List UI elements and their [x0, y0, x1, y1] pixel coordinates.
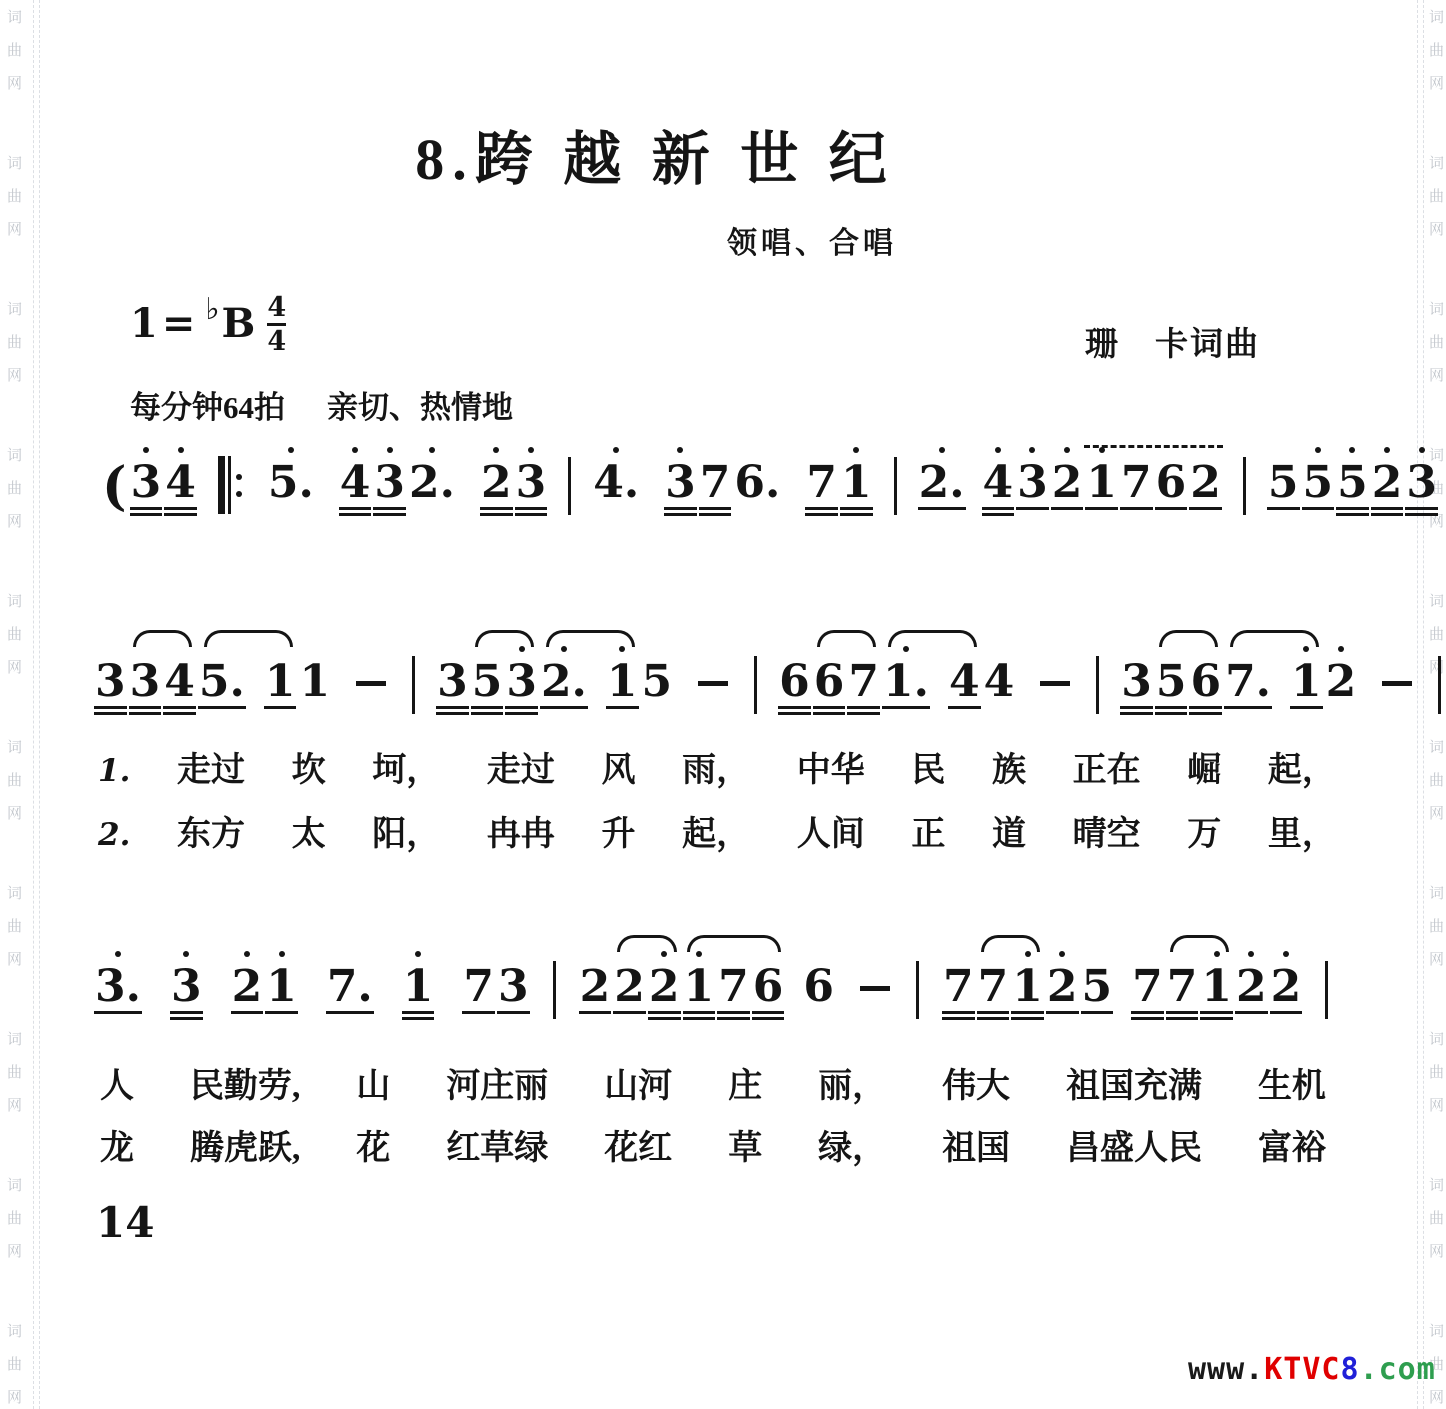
note-digit: 3	[506, 660, 537, 704]
note-digit: 6	[1156, 461, 1187, 505]
barline	[754, 656, 757, 714]
lyric-word: 腾虎跃,	[190, 1120, 301, 1169]
duration-dash	[1382, 681, 1412, 686]
edge-watermark-char: 网	[1429, 364, 1444, 385]
octave-dot	[415, 951, 421, 957]
beam-underline	[1131, 1017, 1164, 1020]
edge-watermark-char: 曲	[1429, 331, 1444, 352]
beam-underline	[129, 706, 162, 709]
site-watermark-part: www.	[1188, 1352, 1264, 1387]
note-digit: 1	[841, 461, 872, 505]
note-5: 5	[1337, 461, 1368, 505]
edge-watermark-char: 曲	[7, 623, 22, 644]
expression-text: 亲切、热情地	[327, 390, 513, 425]
beam-underline	[339, 507, 372, 510]
beam-underline	[1405, 507, 1438, 510]
beam-underline	[778, 712, 811, 715]
lyric-word: 冉冉	[487, 806, 555, 855]
octave-dots	[165, 447, 196, 453]
beam-underline	[942, 1017, 975, 1020]
beam-underline	[265, 1011, 298, 1014]
note-digit: 1	[1012, 965, 1043, 1009]
note-4: 4	[949, 660, 980, 704]
slur	[888, 630, 977, 647]
octave-dots	[340, 447, 371, 453]
note-digit: 7	[718, 965, 749, 1009]
edge-watermark-char: 网	[1429, 802, 1444, 823]
edge-watermark-char: 词	[1429, 152, 1444, 173]
lyric-word: 走过	[487, 742, 555, 791]
note-7: 7	[978, 965, 1009, 1009]
note-7: 7	[848, 660, 879, 704]
duration-dash	[356, 681, 386, 686]
note-1: 1	[299, 660, 330, 704]
lyric-word: 走过	[177, 742, 245, 791]
edge-watermark-char: 网	[7, 1386, 22, 1407]
note-digit: 2	[232, 965, 263, 1009]
barline	[568, 457, 571, 515]
flat-icon: ♭	[205, 292, 219, 327]
beam-underline	[1371, 507, 1404, 510]
site-watermark-part: .com	[1360, 1352, 1436, 1387]
slur	[204, 630, 293, 647]
edge-watermark-char: 网	[7, 218, 22, 239]
edge-watermark-char: 网	[1429, 1386, 1444, 1407]
lyric-word: 民勤劳,	[190, 1058, 301, 1107]
note-digit: 3	[95, 660, 126, 704]
note-5: 5	[1268, 461, 1299, 505]
lyric-word: 山	[356, 1058, 390, 1107]
note-2: 2	[232, 965, 263, 1009]
note-digit: 5.	[199, 660, 245, 704]
edge-watermark-char: 曲	[7, 1353, 22, 1374]
beam-underline	[613, 1011, 646, 1014]
lyric-word: 草	[728, 1120, 762, 1169]
beam-underline	[170, 1017, 203, 1020]
beam-underline	[778, 706, 811, 709]
octave-dots	[409, 447, 455, 453]
note-digit: 2	[481, 461, 512, 505]
right-dashed-line-outer	[1423, 0, 1424, 1409]
time-signature: 44	[267, 294, 286, 355]
octave-dot	[429, 447, 435, 453]
note-digit: 4	[340, 461, 371, 505]
note-6: 6	[803, 965, 834, 1009]
lyric-word: 雨，	[682, 742, 750, 791]
score-line-verse-b: 3.3217.17322217667712577122	[95, 925, 1355, 1025]
lyric-word: 庄	[728, 1058, 762, 1107]
beam-underline	[1085, 507, 1118, 510]
note-digit: 1	[403, 965, 434, 1009]
note-2: 2	[614, 965, 645, 1009]
lyric-word: 富裕	[1258, 1120, 1326, 1169]
edge-watermark-char: 词	[1429, 298, 1444, 319]
barline	[916, 961, 919, 1019]
note-5: 5	[1082, 965, 1113, 1009]
edge-watermark-char: 曲	[7, 39, 22, 60]
note-3: 3	[1121, 660, 1152, 704]
beam-underline	[847, 706, 880, 709]
edge-watermark-char: 网	[1429, 948, 1444, 969]
note-6: 6	[1190, 660, 1221, 704]
repeat-thin-bar	[228, 456, 231, 514]
edge-watermark-char: 网	[7, 656, 22, 677]
left-edge-watermark: 词曲网词曲网词曲网词曲网词曲网词曲网词曲网词曲网词曲网词曲网	[7, 0, 29, 1409]
lyric-word: 起，	[1268, 742, 1336, 791]
beam-underline	[231, 1011, 264, 1014]
note-digit: 4	[164, 660, 195, 704]
beam-underline	[942, 1011, 975, 1014]
lyric-word: 河庄丽	[446, 1058, 548, 1107]
octave-dots	[131, 447, 162, 453]
note-digit: 1	[1291, 660, 1322, 704]
note-2: 2	[580, 965, 611, 1009]
edge-watermark-char: 网	[7, 364, 22, 385]
beam-underline	[339, 513, 372, 516]
note-3: 3	[1406, 461, 1437, 505]
note-1: 1	[607, 660, 638, 704]
octave-dot	[1384, 447, 1390, 453]
lyric-word: 人	[100, 1058, 134, 1107]
beam-underline	[130, 513, 163, 516]
note-digit: 1	[607, 660, 638, 704]
lyric-word: 花	[356, 1120, 390, 1169]
note-digit: 2	[649, 965, 680, 1009]
beam-underline	[480, 507, 513, 510]
note-digit: 2	[614, 965, 645, 1009]
note-6: 6	[753, 965, 784, 1009]
note-digit: 2	[1372, 461, 1403, 505]
edge-watermark-char: 词	[7, 1028, 22, 1049]
edge-watermark-char: 网	[1429, 218, 1444, 239]
note-4: 4.	[593, 461, 639, 505]
beam-underline	[1131, 1011, 1164, 1014]
lyric-word: 坷，	[372, 742, 440, 791]
note-digit: 4	[984, 660, 1015, 704]
beam-underline	[1336, 513, 1369, 516]
lyric-word: 道	[992, 806, 1026, 855]
octave-dots	[1047, 951, 1078, 957]
note-digit: 6	[803, 965, 834, 1009]
beam-underline	[648, 1011, 681, 1014]
left-dashed-line-outer	[33, 0, 34, 1409]
note-2: 2	[1236, 965, 1267, 1009]
page-number: 14	[96, 1198, 154, 1247]
beam-underline	[1224, 706, 1272, 709]
note-5: 5	[1303, 461, 1334, 505]
lyric-word: 起，	[682, 806, 750, 855]
composer-credit: 珊 卡词曲	[1085, 318, 1260, 365]
beam-underline	[1166, 1017, 1199, 1020]
beam-underline	[497, 1011, 530, 1014]
beam-underline	[847, 712, 880, 715]
note-digit: 3	[1017, 461, 1048, 505]
lyric-word: 祖国充满	[1066, 1058, 1202, 1107]
lyric-word: 升	[602, 806, 636, 855]
note-digit: 2.	[919, 461, 965, 505]
note-2: 2.	[919, 461, 965, 505]
lyric-word: 崛	[1187, 742, 1221, 791]
duration-dash	[698, 681, 728, 686]
beam-underline	[540, 706, 588, 709]
note-digit: 6	[753, 965, 784, 1009]
note-7: 7	[463, 965, 494, 1009]
beam-underline	[505, 706, 538, 709]
score-line-intro: (345.432.234.376.712.4321762555231)	[102, 421, 1362, 521]
edge-watermark-char: 网	[1429, 72, 1444, 93]
note-3: 3	[171, 965, 202, 1009]
beam-underline	[982, 513, 1015, 516]
note-digit: 7	[463, 965, 494, 1009]
note-2: 2	[481, 461, 512, 505]
octave-dots	[266, 951, 297, 957]
note-1: 1	[1012, 965, 1043, 1009]
note-digit: 4	[983, 461, 1014, 505]
note-digit: 5.	[268, 461, 314, 505]
beam-underline	[1405, 513, 1438, 516]
beam-underline	[579, 1011, 612, 1014]
octave-dot	[1029, 447, 1035, 453]
octave-dots	[481, 447, 512, 453]
beam-underline	[1371, 513, 1404, 516]
lyric-word: 人间	[797, 806, 865, 855]
edge-watermark-char: 词	[7, 736, 22, 757]
lyric-word: 晴空	[1073, 806, 1141, 855]
edge-watermark-char: 网	[7, 1094, 22, 1115]
lyric-word: 红草绿	[446, 1120, 548, 1169]
note-digit: 3	[437, 660, 468, 704]
octave-dot	[183, 951, 189, 957]
beam-underline	[373, 507, 406, 510]
lyric-word: 祖国	[942, 1120, 1010, 1169]
note-digit: 7	[1121, 461, 1152, 505]
note-1: 1.	[883, 660, 929, 704]
edge-watermark-char: 网	[7, 72, 22, 93]
note-digit: 5	[1268, 461, 1299, 505]
octave-dots	[95, 951, 141, 957]
octave-dot	[613, 447, 619, 453]
note-6: 6	[814, 660, 845, 704]
beam-underline	[373, 513, 406, 516]
note-digit: 1	[1201, 965, 1232, 1009]
note-digit: 3	[1121, 660, 1152, 704]
note-2: 2	[1047, 965, 1078, 1009]
beam-underline	[752, 1017, 785, 1020]
edge-watermark-char: 网	[7, 802, 22, 823]
octave-dots	[1303, 447, 1334, 453]
tonic-numeral: 1	[130, 300, 158, 347]
beam-underline	[471, 712, 504, 715]
edge-watermark-char: 词	[7, 152, 22, 173]
octave-dot	[352, 447, 358, 453]
note-2: 2	[649, 965, 680, 1009]
note-digit: 5	[1337, 461, 1368, 505]
edge-watermark-char: 曲	[7, 1061, 22, 1082]
note-1: 1	[841, 461, 872, 505]
beam-underline	[130, 507, 163, 510]
barline	[1096, 656, 1099, 714]
beam-underline	[1290, 706, 1323, 709]
edge-watermark-char: 词	[1429, 6, 1444, 27]
slur	[817, 630, 876, 647]
repeat-dots	[236, 474, 242, 497]
repeat-thick-bar	[218, 456, 225, 514]
octave-dots	[1236, 951, 1267, 957]
octave-dots	[1372, 447, 1403, 453]
beam-underline	[948, 706, 981, 709]
slur	[1170, 935, 1229, 952]
slur	[133, 630, 192, 647]
note-3: 3	[374, 461, 405, 505]
beam-underline	[264, 706, 297, 709]
note-7: 7	[806, 461, 837, 505]
note-digit: 4	[165, 461, 196, 505]
tempo-text: 每分钟64拍	[130, 390, 285, 425]
lyric-word: 龙	[100, 1120, 134, 1169]
song-title: 8.跨 越 新 世 纪	[415, 112, 895, 196]
octave-dot	[244, 951, 250, 957]
beam-underline	[1120, 507, 1153, 510]
lyric-word: 族	[992, 742, 1026, 791]
verse-number: 1.	[98, 753, 130, 789]
lyric-word: 丽，	[818, 1058, 886, 1107]
octave-dots	[1406, 447, 1437, 453]
beam-underline	[402, 1017, 435, 1020]
octave-dot	[493, 447, 499, 453]
beam-underline	[94, 712, 127, 715]
note-2: 2	[1326, 660, 1357, 704]
key-letter: B	[222, 300, 256, 347]
beam-underline	[1155, 706, 1188, 709]
octave-dots	[403, 951, 434, 957]
repeat-dot	[236, 491, 242, 497]
note-3: 3.	[95, 965, 141, 1009]
lyrics-row-verse2-b: 龙腾虎跃,花红草绿花红草绿，祖国昌盛人民富裕	[100, 1120, 1326, 1169]
lyric-word: 中华	[797, 742, 865, 791]
lyrics-row-verse1-a: 1.走过坎坷，走过风雨，中华民族正在崛起，	[98, 742, 1336, 791]
octave-dot	[387, 447, 393, 453]
note-digit: 7.	[1225, 660, 1271, 704]
note-digit: 1	[1086, 461, 1117, 505]
octave-dots	[1326, 646, 1357, 652]
beam-underline	[683, 1011, 716, 1014]
beam-underline	[1189, 712, 1222, 715]
beam-underline	[198, 706, 246, 709]
octave-dot	[178, 447, 184, 453]
edge-watermark-char: 网	[1429, 656, 1444, 677]
equals-sign: =	[162, 300, 196, 347]
note-digit: 7	[1167, 965, 1198, 1009]
note-digit: 5	[1082, 965, 1113, 1009]
beam-underline	[1120, 712, 1153, 715]
note-6: 6.	[734, 461, 780, 505]
beam-underline	[1189, 706, 1222, 709]
beam-underline	[918, 507, 966, 510]
beam-underline	[1155, 507, 1188, 510]
site-watermark: www.KTVC8.com	[1188, 1352, 1436, 1387]
note-digit: 1	[266, 965, 297, 1009]
lyric-word: 民	[911, 742, 945, 791]
edge-watermark-char: 词	[7, 298, 22, 319]
note-5: 5	[642, 660, 673, 704]
edge-watermark-char: 曲	[1429, 39, 1444, 60]
octave-dots	[232, 951, 263, 957]
edge-watermark-char: 曲	[7, 1207, 22, 1228]
beam-underline	[515, 507, 548, 510]
note-digit: 7	[700, 461, 731, 505]
octave-dots	[171, 951, 202, 957]
beam-underline	[664, 513, 697, 516]
repeat-dot	[236, 474, 242, 480]
octave-dot	[1315, 447, 1321, 453]
note-1: 1	[1441, 461, 1446, 505]
edge-watermark-char: 曲	[7, 477, 22, 498]
meter-denominator: 4	[267, 323, 286, 355]
octave-dot	[939, 447, 945, 453]
note-7: 7.	[327, 965, 373, 1009]
beam-underline	[1051, 507, 1084, 510]
beam-underline	[1200, 1011, 1233, 1014]
note-digit: 2	[580, 965, 611, 1009]
beam-underline	[480, 513, 513, 516]
octave-dot	[279, 951, 285, 957]
note-digit: 7	[943, 965, 974, 1009]
octave-dots	[268, 447, 314, 453]
right-dashed-line-inner	[1417, 0, 1418, 1409]
note-3: 3	[516, 461, 547, 505]
barline	[1438, 656, 1441, 714]
slur	[617, 935, 677, 952]
octave-dots	[1052, 447, 1083, 453]
octave-dot	[1419, 447, 1425, 453]
edge-watermark-char: 词	[1429, 1174, 1444, 1195]
beam-underline	[94, 706, 127, 709]
note-digit: 3	[516, 461, 547, 505]
note-1: 1	[265, 660, 296, 704]
lyric-word: 坎	[292, 742, 326, 791]
note-3: 3	[131, 461, 162, 505]
beam-underline	[471, 706, 504, 709]
note-digit: 3	[130, 660, 161, 704]
beam-underline	[1120, 706, 1153, 709]
octave-dot	[1059, 951, 1065, 957]
note-7: 7	[718, 965, 749, 1009]
octave-dots	[919, 447, 965, 453]
note-7: 7	[1121, 461, 1152, 505]
edge-watermark-char: 曲	[1429, 769, 1444, 790]
beam-underline	[129, 712, 162, 715]
barline	[553, 961, 556, 1019]
note-2: 2.	[409, 461, 455, 505]
note-digit: 4	[949, 660, 980, 704]
note-digit: 1.	[883, 660, 929, 704]
note-digit: 4.	[593, 461, 639, 505]
beam-underline	[163, 712, 196, 715]
edge-watermark-char: 曲	[1429, 185, 1444, 206]
edge-watermark-char: 词	[7, 1174, 22, 1195]
site-watermark-part: KTVC	[1264, 1352, 1340, 1387]
left-dashed-line-inner	[39, 0, 40, 1409]
beam-underline	[699, 513, 732, 516]
octave-dot	[115, 951, 121, 957]
note-7: 7.	[1225, 660, 1271, 704]
edge-watermark-char: 词	[7, 444, 22, 465]
note-digit: 5	[642, 660, 673, 704]
beam-underline	[163, 706, 196, 709]
beam-underline	[1011, 1017, 1044, 1020]
beam-underline	[664, 507, 697, 510]
note-2: 2	[1372, 461, 1403, 505]
